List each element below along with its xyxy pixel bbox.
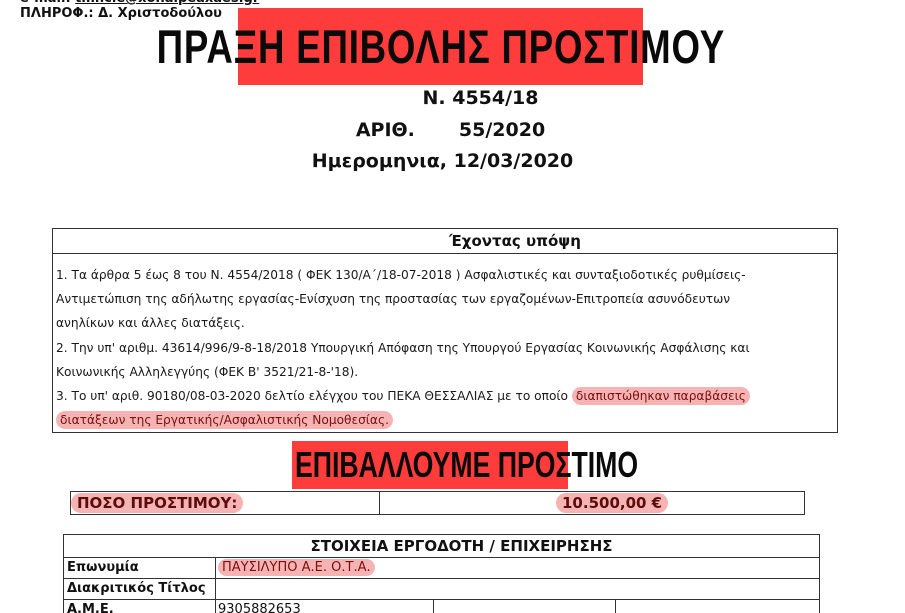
fine-banner-text: ΕΠΙΒΑΛΛΟΥΜΕ ΠΡΟΣΤΙΜΟ: [292, 444, 638, 486]
employer-label: Α.Μ.Ε.: [64, 600, 216, 613]
highlight-violations: διαπιστώθηκαν παραβάσεις: [572, 387, 750, 405]
fine-value-cell: 10.500,00 €: [380, 492, 804, 514]
fine-banner: ΕΠΙΒΑΛΛΟΥΜΕ ΠΡΟΣΤΙΜΟ: [292, 441, 652, 489]
document-title: ΠΡΑΞΗ ΕΠΙΒΟΛΗΣ ΠΡΟΣΤΙΜΟΥ: [238, 8, 644, 85]
item3-text: 3. Το υπ' αριθ. 90180/08-03-2020 δελτίο …: [56, 389, 572, 403]
considering-line: 1. Τα άρθρα 5 έως 8 του Ν. 4554/2018 ( Φ…: [56, 263, 837, 287]
considering-heading: Έχοντας υπόψη: [53, 229, 837, 254]
considering-line: διατάξεων της Εργατικής/Ασφαλιστικής Νομ…: [56, 408, 837, 432]
considering-section: Έχοντας υπόψη 1. Τα άρθρα 5 έως 8 του Ν.…: [52, 228, 838, 433]
employer-value: ΠΑΥΣΙΛΥΠΟ Α.Ε. Ο.Τ.Α.: [216, 558, 819, 578]
company-name: ΠΑΥΣΙΛΥΠΟ Α.Ε. Ο.Τ.Α.: [218, 559, 375, 576]
table-row: Α.Μ.Ε. 9305882653: [64, 600, 819, 613]
employer-value: 9305882653: [216, 600, 434, 613]
employer-heading: ΣΤΟΙΧΕΙΑ ΕΡΓΟΔΟΤΗ / ΕΠΙΧΕΙΡΗΣΗΣ: [64, 535, 819, 558]
table-row: Διακριτικός Τίτλος: [64, 579, 819, 600]
registration-number: ΑΡΙΘ.55/2020: [0, 119, 903, 141]
considering-line: ανηλίκων και άλλες διατάξεις.: [56, 311, 837, 335]
employer-label: Επωνυμία: [64, 558, 216, 578]
fine-label: ΠΟΣΟ ΠΡΟΣΤΙΜΟΥ:: [71, 493, 243, 513]
employer-table: ΣΤΟΙΧΕΙΑ ΕΡΓΟΔΟΤΗ / ΕΠΙΧΕΙΡΗΣΗΣ Επωνυμία…: [63, 534, 820, 613]
law-number: Ν. 4554/18: [28, 87, 905, 109]
highlight-legislation: διατάξεων της Εργατικής/Ασφαλιστικής Νομ…: [56, 411, 393, 429]
employer-empty-cell: [434, 600, 616, 613]
considering-body: 1. Τα άρθρα 5 έως 8 του Ν. 4554/2018 ( Φ…: [53, 254, 837, 432]
employer-label: Διακριτικός Τίτλος: [64, 579, 216, 599]
employer-empty-cell: [616, 600, 819, 613]
registration-value: 55/2020: [459, 119, 545, 141]
fine-label-cell: ΠΟΣΟ ΠΡΟΣΤΙΜΟΥ:: [71, 492, 380, 514]
fine-amount-row: ΠΟΣΟ ΠΡΟΣΤΙΜΟΥ: 10.500,00 €: [70, 491, 805, 515]
employer-value: [216, 579, 819, 599]
table-row: Επωνυμία ΠΑΥΣΙΛΥΠΟ Α.Ε. Ο.Τ.Α.: [64, 558, 819, 579]
considering-line: Αντιμετώπιση της αδήλωτης εργασίας-Ενίσχ…: [56, 287, 837, 311]
registration-label: ΑΡΙΘ.: [356, 119, 415, 141]
document-date: Ημερομηνια, 12/03/2020: [0, 150, 895, 172]
considering-line: 3. Το υπ' αριθ. 90180/08-03-2020 δελτίο …: [56, 384, 837, 408]
fine-amount: 10.500,00 €: [556, 493, 668, 513]
considering-line: Κοινωνικής Αλληλεγγύης (ΦΕΚ Β' 3521/21-8…: [56, 360, 837, 384]
considering-line: 2. Την υπ' αριθμ. 43614/996/9-8-18/2018 …: [56, 336, 837, 360]
